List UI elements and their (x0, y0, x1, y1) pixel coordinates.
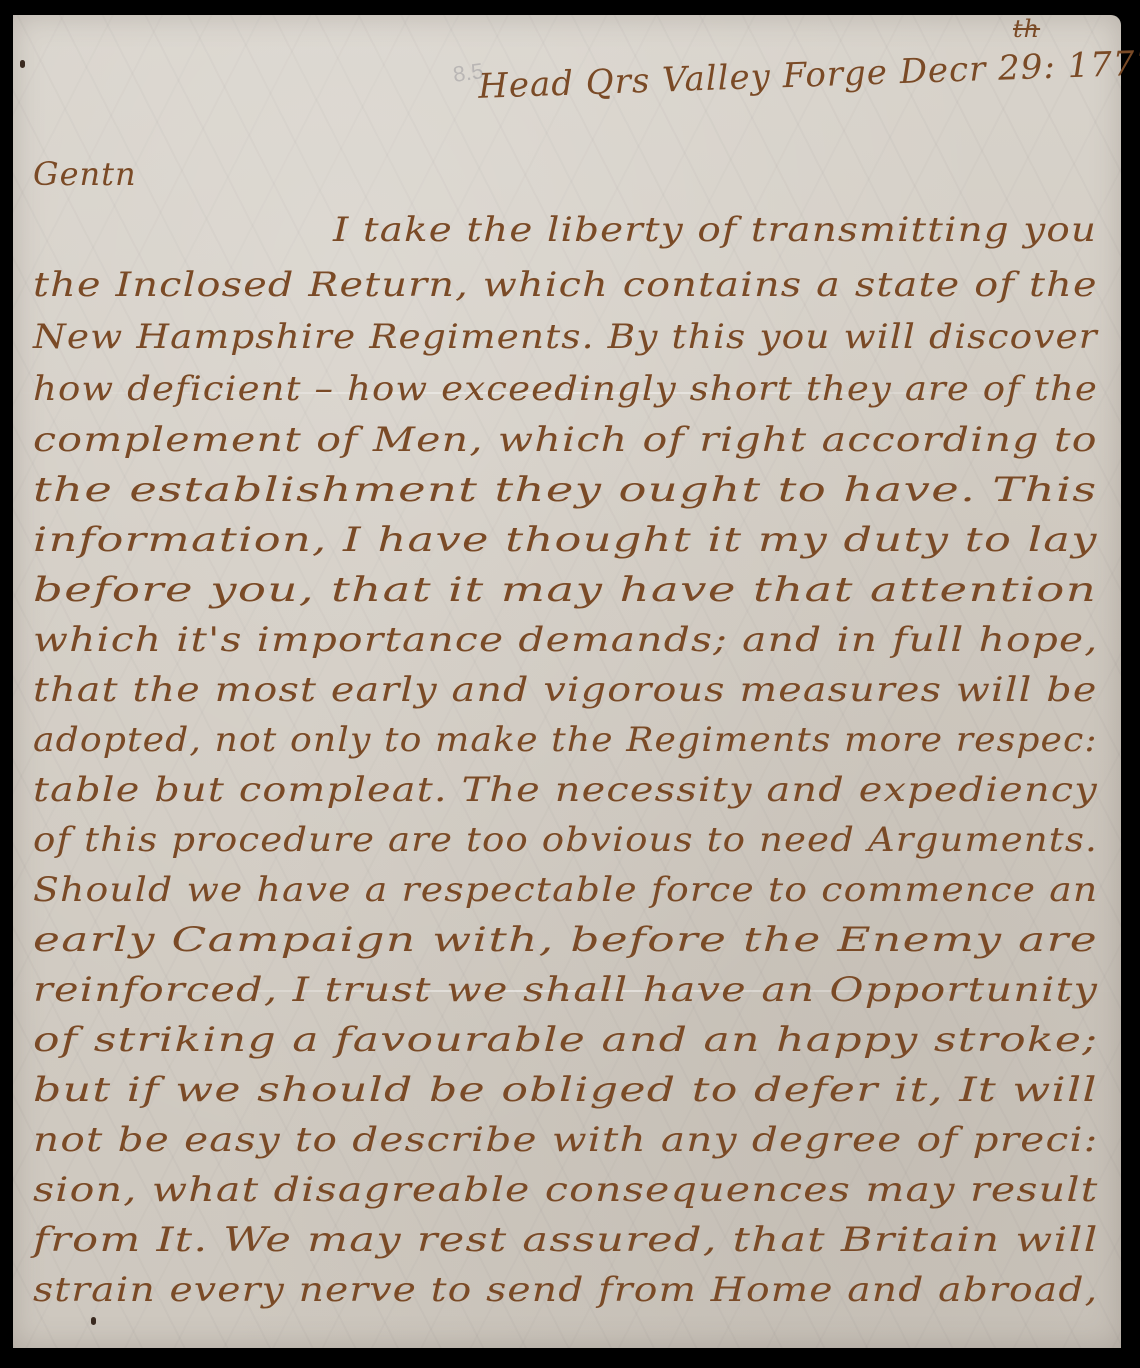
letter-line: reinforced, I trust we shall have an Opp… (33, 970, 1098, 1010)
letter-line: New Hampshire Regiments. By this you wil… (33, 317, 1098, 357)
letter-heading: Head Qrs Valley Forge Decr 29: 1777 (478, 43, 1140, 107)
letter-line: how deficient – how exceedingly short th… (33, 369, 1098, 409)
letter-line: complement of Men, which of right accord… (33, 420, 1098, 460)
letter-line: information, I have thought it my duty t… (33, 520, 1098, 560)
letter-line: I take the liberty of transmitting you (333, 210, 1097, 250)
letter-line: not be easy to describe with any degree … (33, 1120, 1099, 1160)
letter-line: from It. We may rest assured, that Brita… (33, 1220, 1099, 1260)
letter-line: strain every nerve to send from Home and… (33, 1270, 1098, 1310)
letter-line: that the most early and vigorous measure… (33, 670, 1097, 710)
ink-speck (20, 60, 25, 68)
letter-line: the Inclosed Return, which contains a st… (33, 265, 1098, 305)
letter-line: of striking a favourable and an happy st… (33, 1020, 1098, 1060)
letter-line: adopted, not only to make the Regiments … (33, 720, 1098, 760)
letter-line: table but compleat. The necessity and ex… (33, 770, 1098, 810)
letter-line: but if we should be obliged to defer it,… (33, 1070, 1098, 1110)
manuscript-page: 8.5 th Head Qrs Valley Forge Decr 29: 17… (13, 15, 1121, 1348)
letter-line: before you, that it may have that attent… (33, 570, 1097, 610)
letter-line: the establishment they ought to have. Th… (33, 470, 1098, 510)
letter-line: early Campaign with, before the Enemy ar… (33, 920, 1098, 960)
salutation: Gentn (33, 155, 137, 193)
letter-line: which it's importance demands; and in fu… (33, 620, 1098, 660)
letter-line: sion, what disagreable consequences may … (33, 1170, 1098, 1210)
letter-line: of this procedure are too obvious to nee… (33, 820, 1098, 860)
heading-superscript: th (1013, 15, 1040, 43)
letter-line: Should we have a respectable force to co… (33, 870, 1098, 910)
ink-speck (91, 1317, 96, 1325)
